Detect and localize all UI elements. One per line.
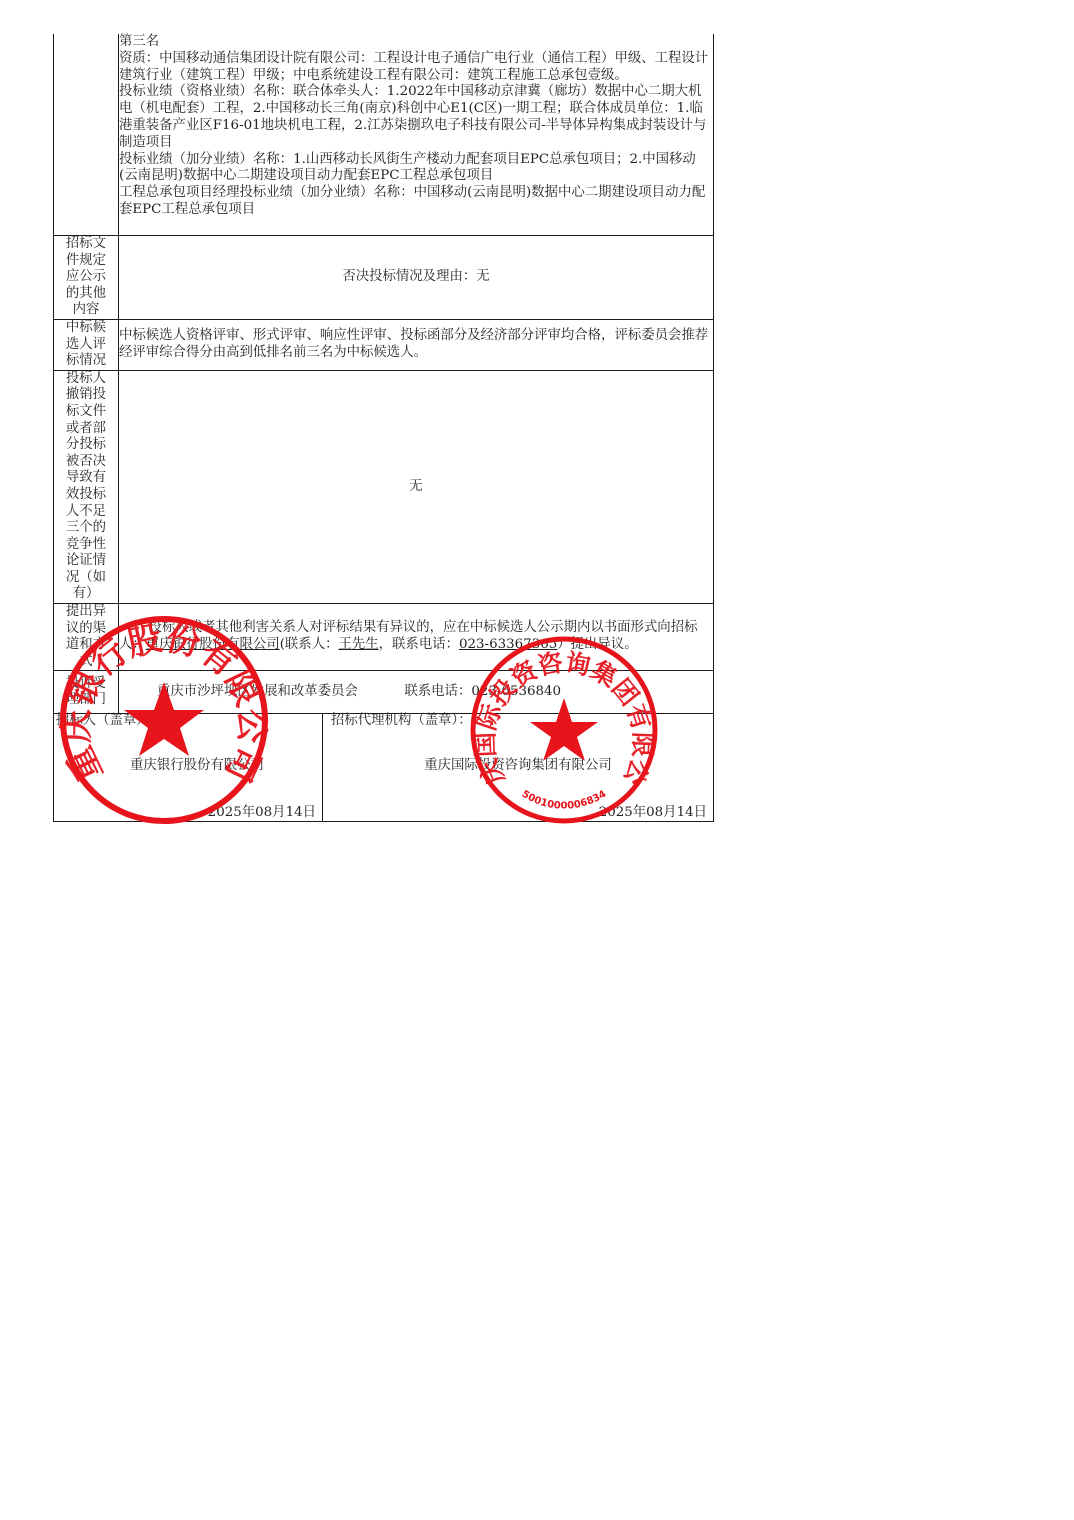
other-content-value: 否决投标情况及理由：无 [119,236,714,320]
candidate-3-row: 第三名 资质：中国移动通信集团设计院有限公司：工程设计电子通信广电行业（通信工程… [54,34,714,236]
objection-label: 提出异议的渠道和方式 [54,604,119,671]
withdrawal-row: 投标人撤销投标文件或者部分投标被否决导致有效投标人不足三个的竞争性论证情况（如有… [54,370,714,603]
objection-row: 提出异议的渠道和方式 投标人或者其他利害关系人对评标结果有异议的，应在中标候选人… [54,604,714,671]
contact-prefix: (联系人： [280,637,339,652]
candidate-performance-qualification: 投标业绩（资格业绩）名称：联合体牵头人：1.2022年中国移动京津冀（廊坊）数据… [119,84,713,151]
agency-signature-cell: 招标代理机构（盖章）： 重庆国际投资咨询集团有限公司 2025年08月14日 [323,713,714,822]
candidate-performance-bonus: 投标业绩（加分业绩）名称：1.山西移动长风街生产楼动力配套项目EPC总承包项目；… [119,152,713,186]
tenderer-org: 重庆银行股份有限公司 [54,758,322,775]
announcement-table: 第三名 资质：中国移动通信集团设计院有限公司：工程设计电子通信广电行业（通信工程… [53,34,714,714]
bid-candidate-announcement: 第三名 资质：中国移动通信集团设计院有限公司：工程设计电子通信广电行业（通信工程… [53,34,714,822]
candidate-3-label-cell [54,34,119,236]
tenderer-date: 2025年08月14日 [208,805,316,822]
objection-value: 投标人或者其他利害关系人对评标结果有异议的，应在中标候选人公示期内以书面形式向招… [119,604,714,671]
complaint-dept: 重庆市沙坪坝区发展和改革委员会 [157,684,358,699]
candidate-rank: 第三名 [119,34,713,51]
objection-contact: 王先生 [338,637,378,652]
evaluation-label: 中标候选人评标情况 [54,319,119,370]
agency-title: 招标代理机构（盖章）： [331,713,472,730]
signature-table: 招标人（盖章）： 重庆银行股份有限公司 2025年08月14日 招标代理机构（盖… [53,713,714,822]
complaint-label: 投诉受理部门 [54,671,119,714]
evaluation-value: 中标候选人资格评审、形式评审、响应性评审、投标函部分及经济部分评审均合格，评标委… [119,319,714,370]
complaint-row: 投诉受理部门 重庆市沙坪坝区发展和改革委员会 联系电话：023-6536840 [54,671,714,714]
signature-row: 招标人（盖章）： 重庆银行股份有限公司 2025年08月14日 招标代理机构（盖… [54,713,714,822]
withdrawal-label: 投标人撤销投标文件或者部分投标被否决导致有效投标人不足三个的竞争性论证情况（如有… [54,370,119,603]
other-content-label: 招标文件规定应公示的其他内容 [54,236,119,320]
candidate-manager-performance: 工程总承包项目经理投标业绩（加分业绩）名称：中国移动(云南昆明)数据中心二期建设… [119,185,713,219]
candidate-3-details: 第三名 资质：中国移动通信集团设计院有限公司：工程设计电子通信广电行业（通信工程… [119,34,714,236]
candidate-qualification: 资质：中国移动通信集团设计院有限公司：工程设计电子通信广电行业（通信工程）甲级、… [119,51,713,85]
complaint-value: 重庆市沙坪坝区发展和改革委员会 联系电话：023-6536840 [119,671,714,714]
objection-phone: 023-63367365 [459,637,557,652]
evaluation-row: 中标候选人评标情况 中标候选人资格评审、形式评审、响应性评审、投标函部分及经济部… [54,319,714,370]
phone-prefix: ，联系电话： [379,637,459,652]
objection-suffix: ）提出异议。 [557,637,637,652]
agency-date: 2025年08月14日 [599,805,707,822]
withdrawal-value: 无 [119,370,714,603]
tenderer-signature-cell: 招标人（盖章）： 重庆银行股份有限公司 2025年08月14日 [54,713,323,822]
agency-org: 重庆国际投资咨询集团有限公司 [323,758,713,775]
complaint-phone: 联系电话：023-6536840 [404,684,561,699]
objection-company: 重庆银行股份有限公司 [146,637,280,652]
tenderer-title: 招标人（盖章）： [56,713,156,730]
other-content-row: 招标文件规定应公示的其他内容 否决投标情况及理由：无 [54,236,714,320]
